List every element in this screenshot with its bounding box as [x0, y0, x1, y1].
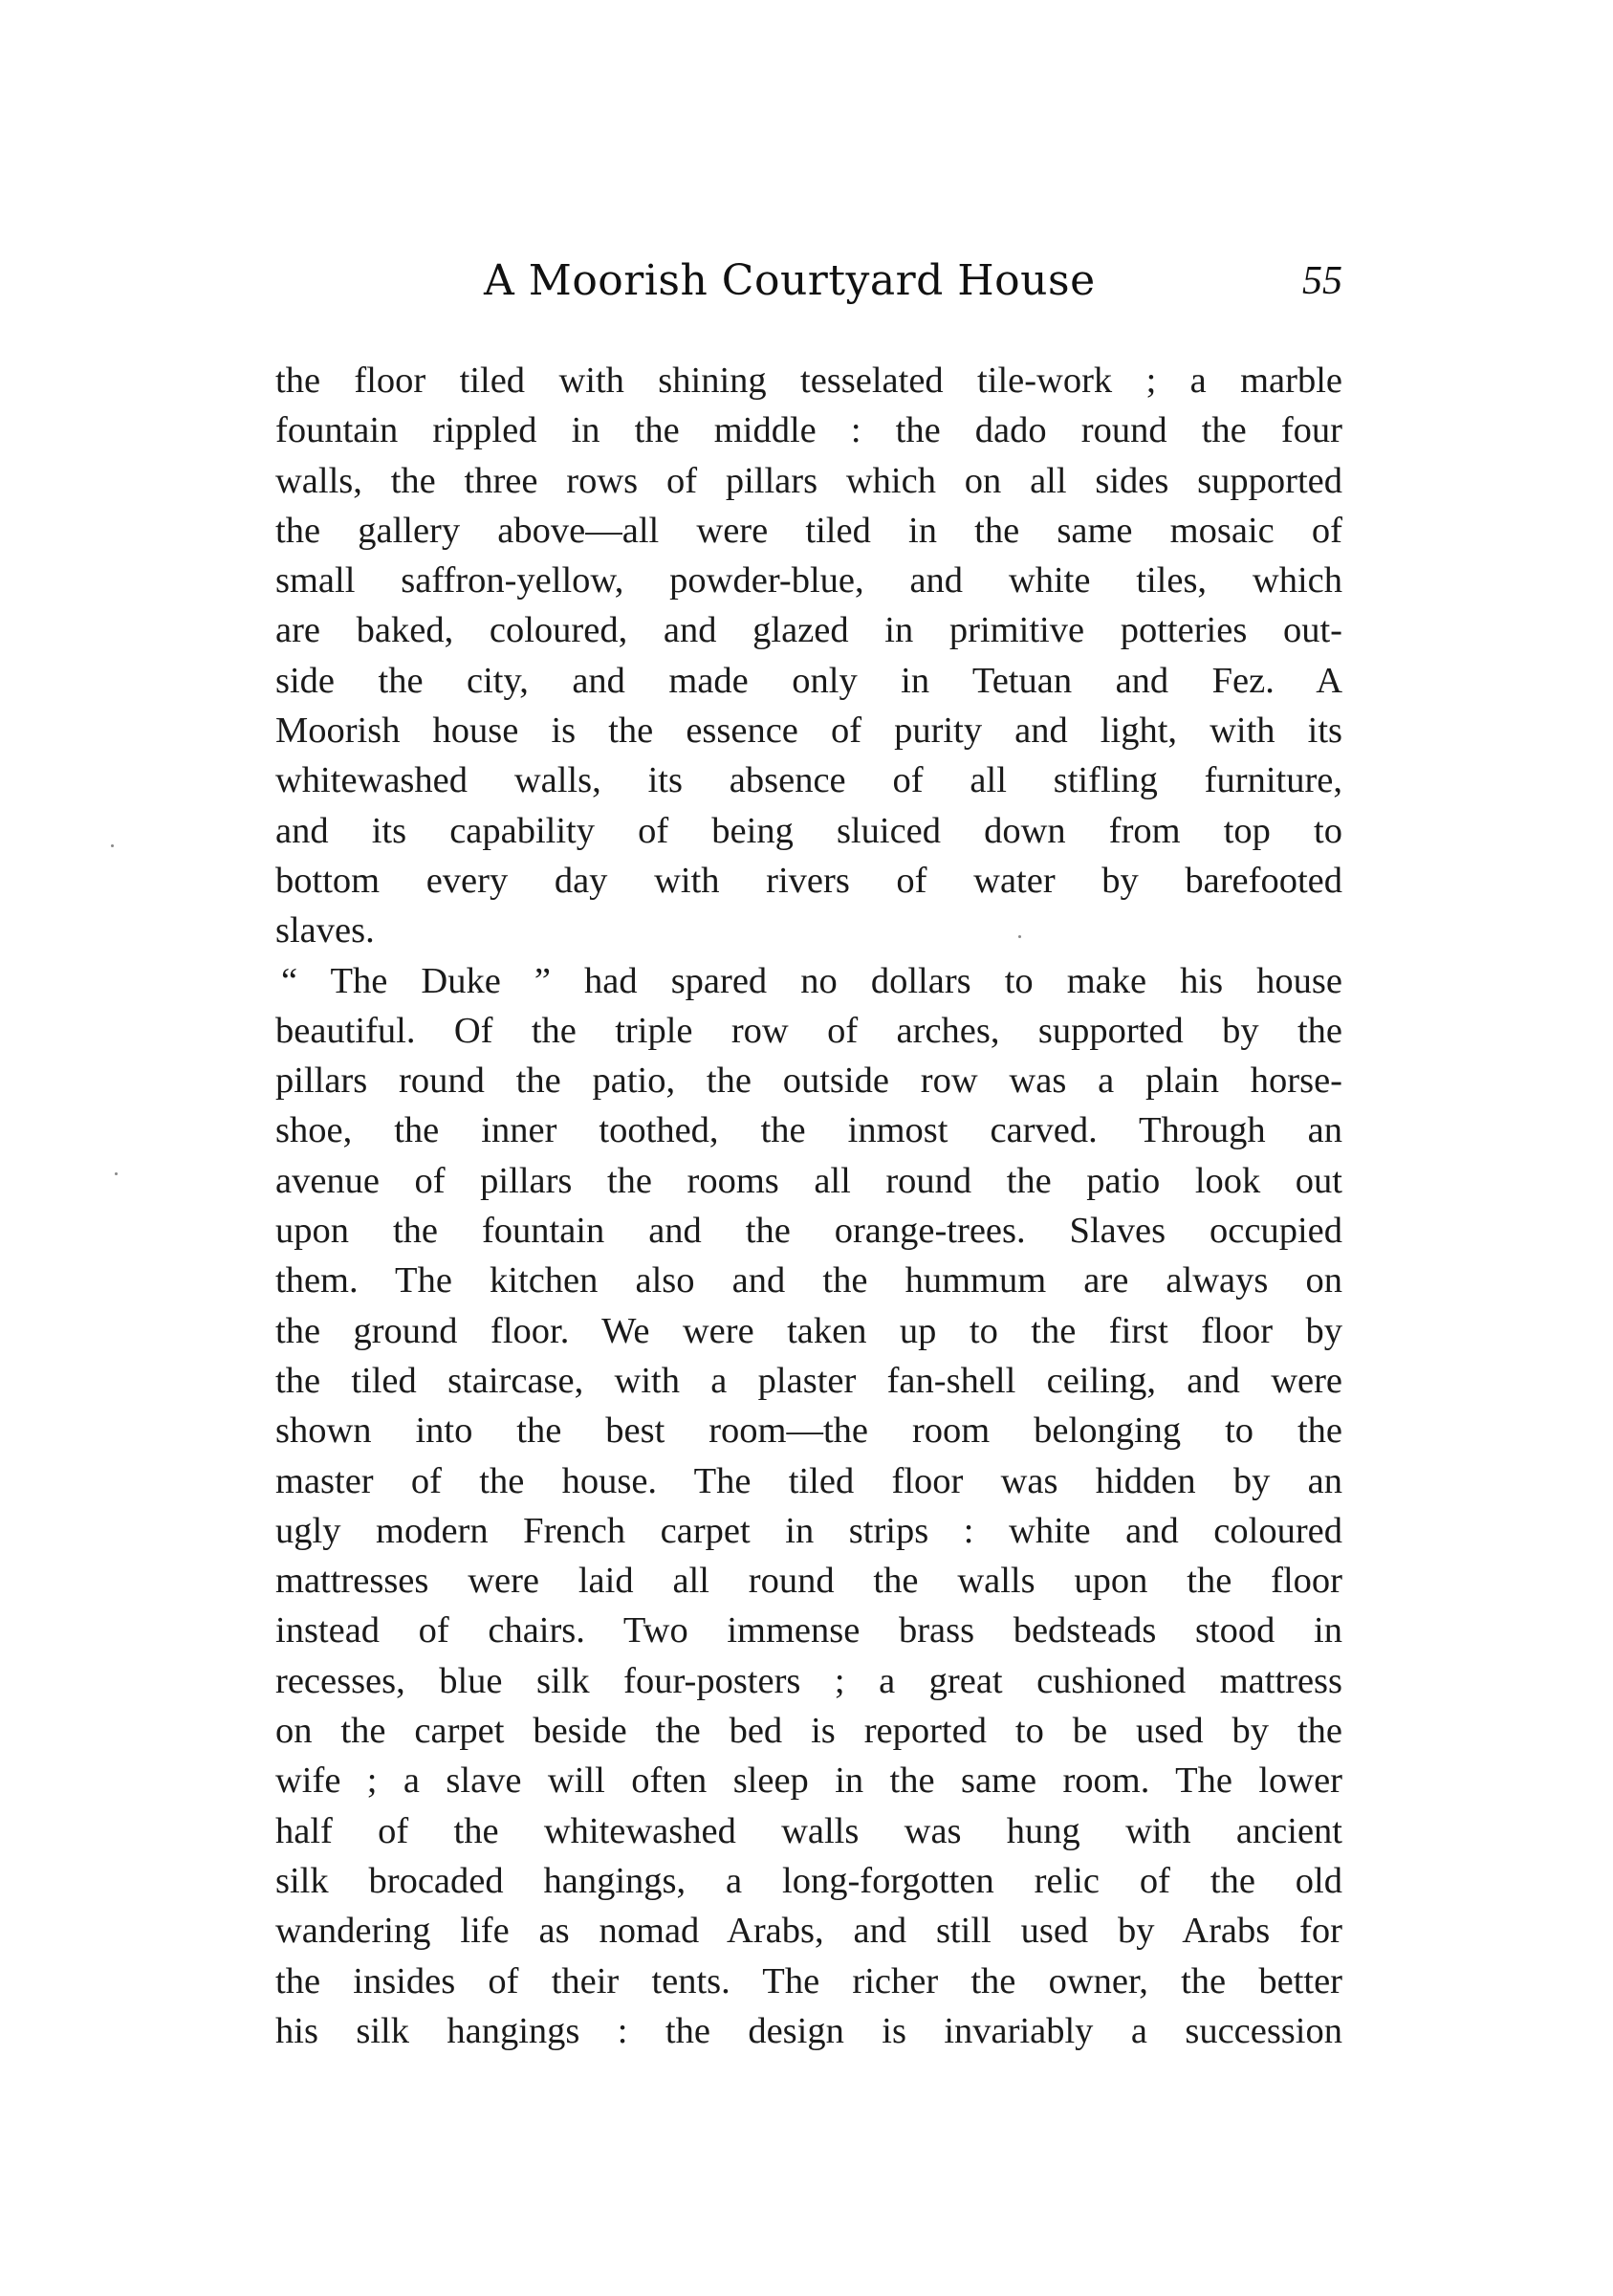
body-text: the floor tiled with shining tesselated …: [275, 356, 1342, 2056]
text-line: whitewashed walls, its absence of all st…: [275, 755, 1342, 805]
text-line: the ground floor. We were taken up to th…: [275, 1306, 1342, 1356]
text-line: beautiful. Of the triple row of arches, …: [275, 1006, 1342, 1056]
text-line: fountain rippled in the middle : the dad…: [275, 405, 1342, 455]
text-line: walls, the three rows of pillars which o…: [275, 456, 1342, 506]
text-line: master of the house. The tiled floor was…: [275, 1456, 1342, 1506]
text-line: mattresses were laid all round the walls…: [275, 1556, 1342, 1606]
text-line: pillars round the patio, the outside row…: [275, 1056, 1342, 1105]
running-title: A Moorish Courtyard House: [484, 256, 1096, 305]
text-line: on the carpet beside the bed is reported…: [275, 1706, 1342, 1756]
text-line: “ The Duke ” had spared no dollars to ma…: [275, 956, 1342, 1006]
text-line: the insides of their tents. The richer t…: [275, 1957, 1342, 2006]
text-line: wife ; a slave will often sleep in the s…: [275, 1756, 1342, 1805]
text-line: avenue of pillars the rooms all round th…: [275, 1156, 1342, 1206]
text-line: half of the whitewashed walls was hung w…: [275, 1806, 1342, 1856]
text-line: recesses, blue silk four-posters ; a gre…: [275, 1656, 1342, 1706]
text-line: Moorish house is the essence of purity a…: [275, 706, 1342, 755]
text-line: the gallery above—all were tiled in the …: [275, 506, 1342, 556]
scan-speck: [1018, 935, 1021, 938]
scan-speck: [111, 844, 114, 847]
text-line: small saffron-yellow, powder-blue, and w…: [275, 556, 1342, 605]
text-line: his silk hangings : the design is invari…: [275, 2006, 1342, 2056]
text-line: shoe, the inner toothed, the inmost carv…: [275, 1105, 1342, 1155]
paragraph: the floor tiled with shining tesselated …: [275, 356, 1342, 956]
text-line: wandering life as nomad Arabs, and still…: [275, 1906, 1342, 1956]
page-header: A Moorish Courtyard House 55: [275, 256, 1342, 314]
text-line: bottom every day with rivers of water by…: [275, 856, 1342, 906]
paragraph: “ The Duke ” had spared no dollars to ma…: [275, 956, 1342, 2057]
text-line: ugly modern French carpet in strips : wh…: [275, 1506, 1342, 1556]
text-line: silk brocaded hangings, a long-forgotten…: [275, 1856, 1342, 1906]
text-line: are baked, coloured, and glazed in primi…: [275, 605, 1342, 655]
text-line: slaves.: [275, 906, 1342, 955]
text-line: them. The kitchen also and the hummum ar…: [275, 1256, 1342, 1305]
book-page: A Moorish Courtyard House 55 the floor t…: [0, 0, 1613, 2296]
text-line: and its capability of being sluiced down…: [275, 806, 1342, 856]
page-number: 55: [1302, 258, 1342, 304]
text-line: shown into the best room—the room belong…: [275, 1406, 1342, 1455]
text-line: side the city, and made only in Tetuan a…: [275, 656, 1342, 706]
scan-speck: [115, 1172, 118, 1175]
text-line: the floor tiled with shining tesselated …: [275, 356, 1342, 405]
text-line: the tiled staircase, with a plaster fan-…: [275, 1356, 1342, 1406]
text-line: upon the fountain and the orange-trees. …: [275, 1206, 1342, 1256]
text-line: instead of chairs. Two immense brass bed…: [275, 1606, 1342, 1655]
